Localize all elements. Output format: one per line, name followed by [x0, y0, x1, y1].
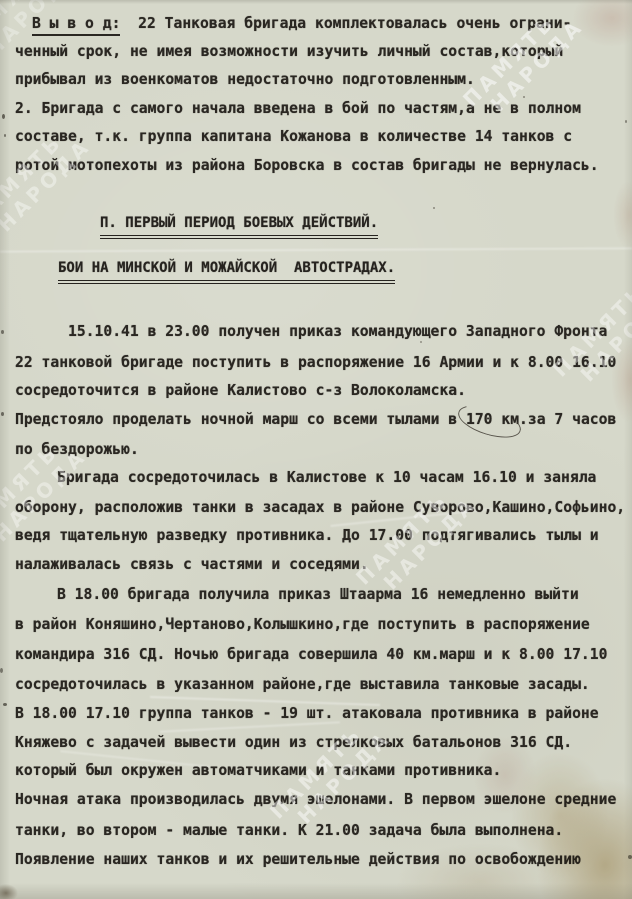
- text-line: командира 316 СД. Ночью бригада совершил…: [15, 645, 607, 664]
- text-line: составе, т.к. группа капитана Кожанова в…: [15, 127, 572, 146]
- text-line: В 18.00 17.10 группа танков - 19 шт. ата…: [15, 704, 599, 723]
- text-line: ченный срок, не имея возможности изучить…: [15, 42, 563, 61]
- text-line: по бездорожью.: [15, 440, 139, 459]
- heading-text: БОИ НА МИНСКОЙ И МОЖАЙСКОЙ АВТОСТРАДАХ.: [58, 260, 395, 284]
- text-line: Предстояло проделать ночной марш со всем…: [15, 410, 616, 429]
- text-line: оборону, расположив танки в засадах в ра…: [15, 498, 625, 517]
- text-line: ротой мотопехоты из района Боровска в со…: [15, 156, 599, 175]
- text-line: танки, во втором - малые танки. К 21.00 …: [15, 821, 563, 840]
- text-line: Бригада сосредоточилась в Калистове к 10…: [57, 468, 596, 487]
- text-line: Княжево с задачей вывести один из стрелк…: [15, 733, 572, 752]
- section-heading-1: П. ПЕРВЫЙ ПЕРИОД БОЕВЫХ ДЕЙСТВИЙ.: [100, 215, 378, 231]
- text-line: налаживалась связь с частями и соседями.: [15, 555, 369, 574]
- line-text: 22 Танковая бригада комплектовалась очен…: [120, 15, 571, 32]
- heading-text: П. ПЕРВЫЙ ПЕРИОД БОЕВЫХ ДЕЙСТВИЙ.: [100, 215, 378, 239]
- text-line: Ночная атака производилась двумя эшелона…: [15, 790, 616, 809]
- document-content: В ы в о д: 22 Танковая бригада комплекто…: [0, 0, 632, 899]
- text-line: прибывал из военкоматов недостаточно под…: [15, 70, 475, 89]
- section-heading-2: БОИ НА МИНСКОЙ И МОЖАЙСКОЙ АВТОСТРАДАХ.: [58, 260, 395, 276]
- text-line: сосредоточится в районе Калистово с-з Во…: [15, 381, 466, 400]
- line-text: .за 7 часов: [519, 411, 616, 428]
- scanned-document-page: В ы в о д: 22 Танковая бригада комплекто…: [0, 0, 632, 899]
- text-line: 15.10.41 в 23.00 получен приказ командую…: [68, 322, 607, 341]
- text-line: В 18.00 бригада получила приказ Штаарма …: [57, 585, 579, 604]
- text-line: 2. Бригада с самого начала введена в бой…: [15, 99, 581, 118]
- text-line: Появление наших танков и их решительные …: [15, 850, 581, 869]
- conclusion-label: В ы в о д:: [32, 15, 120, 36]
- text-line: В ы в о д: 22 Танковая бригада комплекто…: [32, 14, 571, 33]
- text-line: 22 танковой бригаде поступить в распоряж…: [15, 353, 616, 372]
- pencil-circle-annotation: 170 км: [466, 410, 519, 429]
- line-text: Предстояло проделать ночной марш со всем…: [15, 411, 466, 428]
- text-line: в район Коняшино,Чертаново,Колышкино,где…: [15, 615, 590, 634]
- text-line: который был окружен автоматчиками и танк…: [15, 761, 501, 780]
- text-line: сосредоточилась в указанном районе,где в…: [15, 675, 590, 694]
- text-line: ведя тщательную разведку противника. До …: [15, 526, 599, 545]
